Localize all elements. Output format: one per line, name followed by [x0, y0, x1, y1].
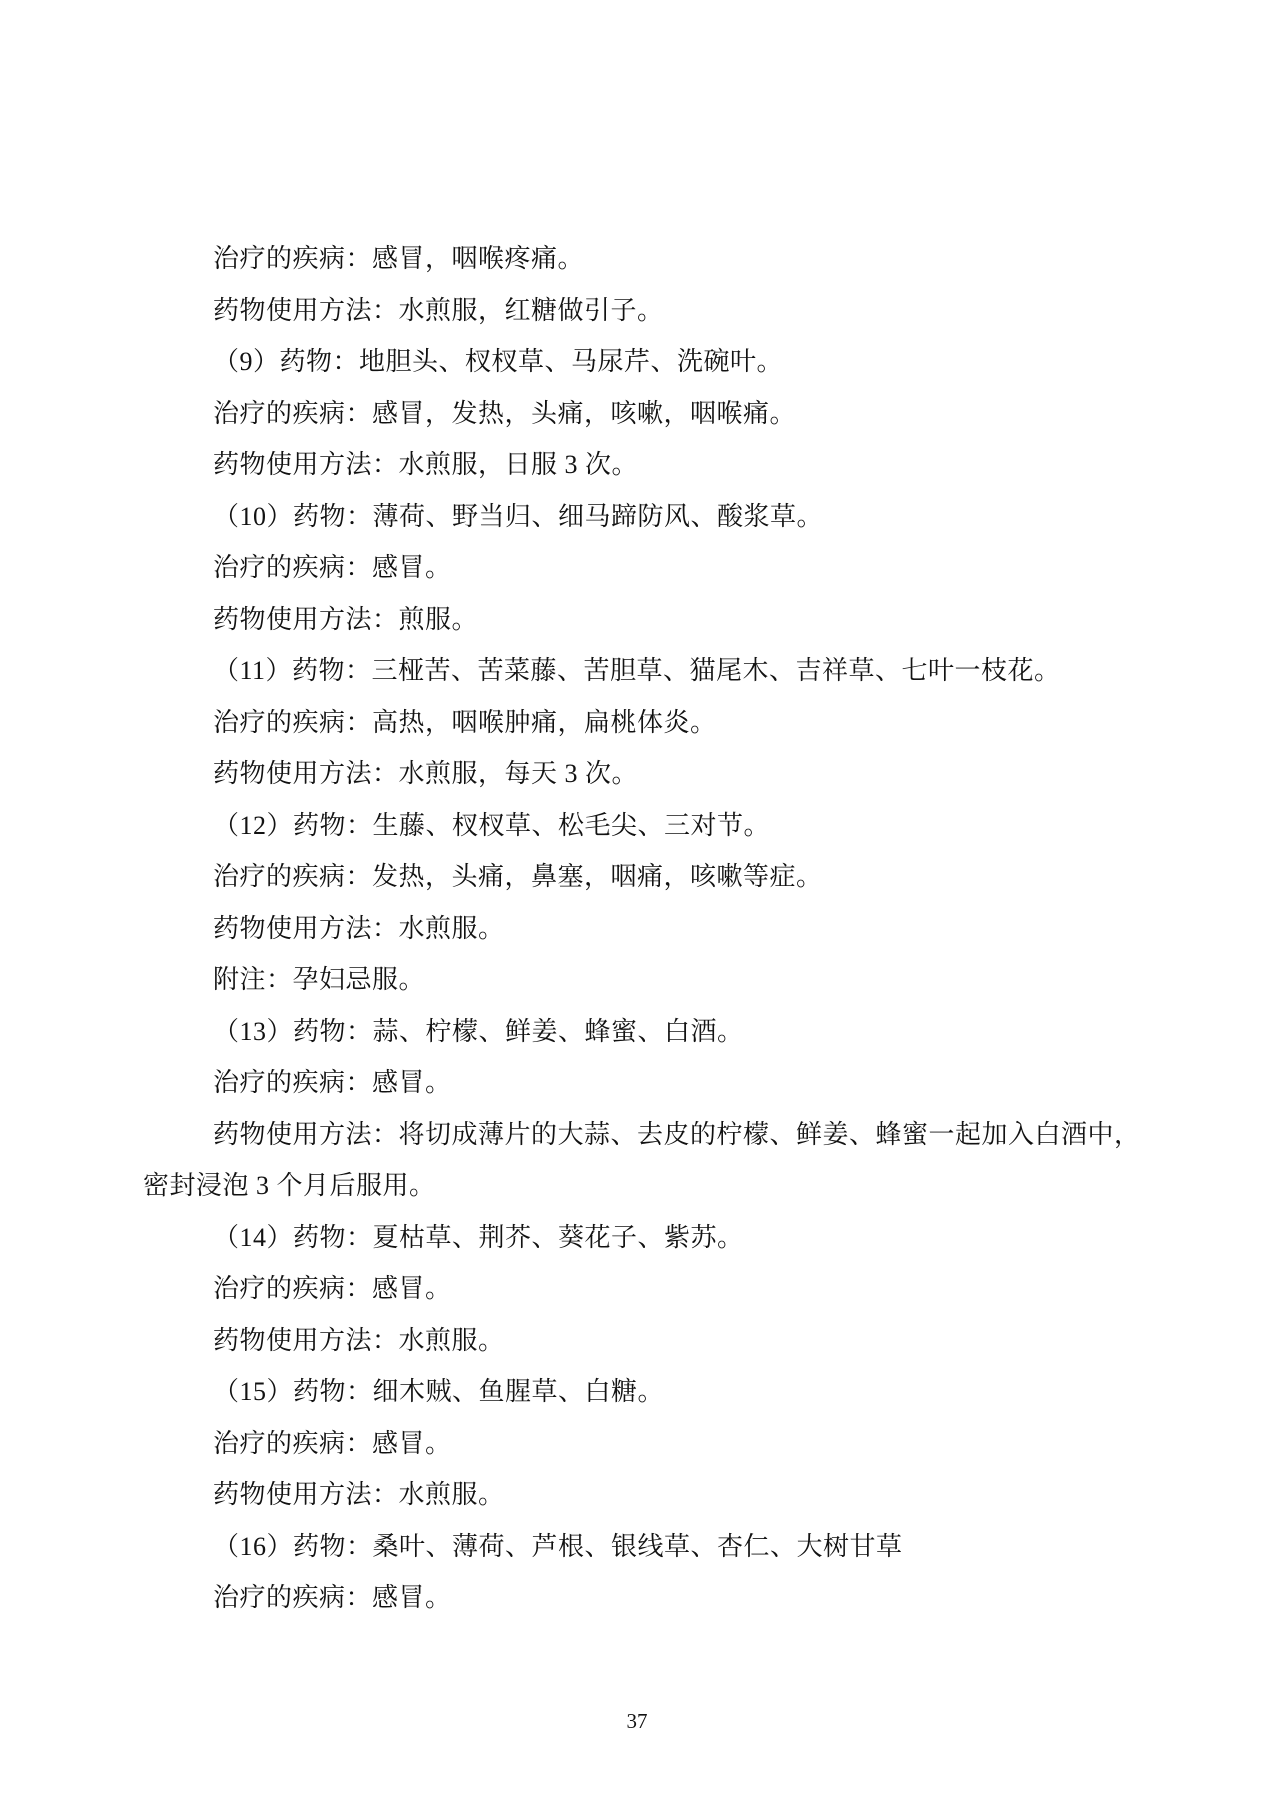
- text-line: （12）药物：生藤、杈杈草、松毛尖、三对节。: [143, 800, 1131, 852]
- text-line: 药物使用方法：水煎服。: [143, 903, 1131, 955]
- text-line: 药物使用方法：水煎服，日服 3 次。: [143, 439, 1131, 491]
- text-line: （16）药物：桑叶、薄荷、芦根、银线草、杏仁、大树甘草: [143, 1521, 1131, 1573]
- text-line: （9）药物：地胆头、杈杈草、马尿芹、洗碗叶。: [143, 336, 1131, 388]
- text-line: 药物使用方法：水煎服。: [143, 1469, 1131, 1521]
- text-line: 附注：孕妇忌服。: [143, 954, 1131, 1006]
- document-page: 治疗的疾病：感冒，咽喉疼痛。药物使用方法：水煎服，红糖做引子。（9）药物：地胆头…: [0, 0, 1274, 1801]
- text-line: 治疗的疾病：高热，咽喉肿痛，扁桃体炎。: [143, 697, 1131, 749]
- text-line: 药物使用方法：水煎服。: [143, 1315, 1131, 1367]
- text-line: 药物使用方法：煎服。: [143, 594, 1131, 646]
- text-line: 治疗的疾病：感冒。: [143, 542, 1131, 594]
- text-line: 药物使用方法：将切成薄片的大蒜、去皮的柠檬、鲜姜、蜂蜜一起加入白酒中，: [143, 1109, 1131, 1161]
- text-line: 密封浸泡 3 个月后服用。: [143, 1160, 1131, 1212]
- document-body: 治疗的疾病：感冒，咽喉疼痛。药物使用方法：水煎服，红糖做引子。（9）药物：地胆头…: [143, 233, 1131, 1624]
- text-line: 治疗的疾病：感冒，发热，头痛，咳嗽，咽喉痛。: [143, 388, 1131, 440]
- text-line: 治疗的疾病：感冒，咽喉疼痛。: [143, 233, 1131, 285]
- text-line: 治疗的疾病：感冒。: [143, 1263, 1131, 1315]
- text-line: 药物使用方法：水煎服，红糖做引子。: [143, 285, 1131, 337]
- text-line: （11）药物：三桠苦、苦菜藤、苦胆草、猫尾木、吉祥草、七叶一枝花。: [143, 645, 1131, 697]
- page-number: 37: [0, 1706, 1274, 1736]
- text-line: 药物使用方法：水煎服，每天 3 次。: [143, 748, 1131, 800]
- text-line: 治疗的疾病：感冒。: [143, 1572, 1131, 1624]
- text-line: 治疗的疾病：感冒。: [143, 1057, 1131, 1109]
- text-line: （15）药物：细木贼、鱼腥草、白糖。: [143, 1366, 1131, 1418]
- text-line: 治疗的疾病：发热，头痛，鼻塞，咽痛，咳嗽等症。: [143, 851, 1131, 903]
- text-line: 治疗的疾病：感冒。: [143, 1418, 1131, 1470]
- text-line: （10）药物：薄荷、野当归、细马蹄防风、酸浆草。: [143, 491, 1131, 543]
- text-line: （14）药物：夏枯草、荆芥、葵花子、紫苏。: [143, 1212, 1131, 1264]
- text-line: （13）药物：蒜、柠檬、鲜姜、蜂蜜、白酒。: [143, 1006, 1131, 1058]
